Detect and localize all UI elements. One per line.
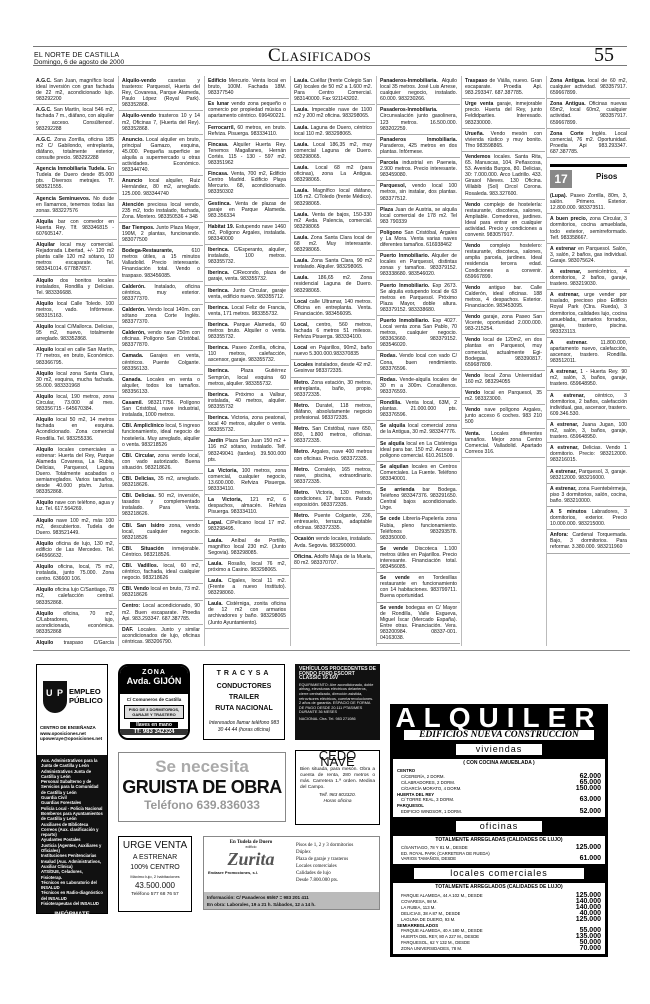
- ad-lead: Zona Antigua.: [550, 101, 586, 107]
- section-divider: [33, 650, 630, 651]
- ad-lead: Pasaderos-Inmobiliaria.: [380, 107, 437, 113]
- urge-title: URGE VENTA: [119, 840, 191, 851]
- ad-lead: Jardín: [208, 438, 223, 444]
- ad-lead: A estrenar,: [550, 393, 585, 399]
- price-row: VARIOS TAMAÑOS, DESDE61.000: [397, 856, 601, 862]
- alquiler-panel-locales: TOTALMENTE ARREGLADOS (CALIDADES DE LUJO…: [393, 883, 605, 954]
- ad-lead: Local: [294, 345, 307, 351]
- classified-ad: Traspaso de Viálla, nuevo. Gran escapara…: [462, 76, 545, 99]
- classified-ad: Centro: Local acondicionado, 90 m2. Buen…: [119, 601, 203, 624]
- alquiler-panel-viviendas: ( CON COCINA AMUEBLADA ) CENTROC/CERERÍA…: [393, 759, 605, 817]
- classified-ad: Urueña. Vendo mesón con vivienda rústico…: [462, 129, 545, 152]
- classified-ad: A estrenar, Delicias. Vendo 1 dormitorio…: [547, 443, 630, 466]
- classified-ad: Locales instalados, desde 42 m2. Gesinva…: [291, 360, 375, 377]
- cedo-hours: Horas oficina: [300, 799, 375, 805]
- classified-ad: Calderón. Instalado, oficina céntrica, m…: [119, 282, 203, 305]
- empleo-email: upoweraye@oposiciones.net: [40, 736, 108, 742]
- ad-lead: A estrenar,: [550, 292, 580, 298]
- price-row: ZONA UNIVERSIDADES, 78 M.70.000: [397, 946, 601, 952]
- classified-ad: A.G.C. San Juan, magnífico local ideal i…: [33, 76, 117, 105]
- ad-lead: Zona Corte: [550, 131, 584, 137]
- ad-lead: (Lupa).: [550, 193, 567, 199]
- ad-text: Local alquiler en bruto, principal Gamaz…: [122, 137, 200, 173]
- classified-ad: Iberinca. C/Recondo, plaza de garaje, ve…: [205, 268, 289, 285]
- ad-lead: Laula.: [208, 578, 223, 584]
- tracysa-job: CONDUCTORES TRAILER RUTA NACIONAL: [204, 681, 284, 714]
- classified-ad: Iberinca. Junto Circular, garaje venta, …: [205, 286, 289, 303]
- ford-body: EQUIPAMIENTO: Aire acondicionado, doble …: [299, 683, 376, 715]
- column-6: Traspaso de Viálla, nuevo. Gran escapara…: [461, 76, 545, 646]
- ad-lead: Zona Antigua.: [550, 78, 585, 84]
- ad-lead: Alquilo: [36, 611, 53, 617]
- classified-ad: Urge venta garaje, inmejorable precio. H…: [462, 99, 545, 128]
- ad-lead: Iberinca.: [208, 392, 229, 398]
- ad-lead: Es lunar: [208, 101, 229, 107]
- ad-lead: Vendo: [465, 337, 480, 343]
- classified-ad: Laula. Local 186,35 m2, muy comercial La…: [291, 140, 375, 163]
- classified-ad: A estrenar, zona Fuentebérmeja, piso 3 d…: [547, 484, 630, 507]
- classified-ad: Laula. Aníbal de Portillo, magnífico loc…: [205, 536, 289, 559]
- ad-lead: A.G.C.: [36, 107, 52, 113]
- ad-alquiler: ALQUILER EDIFICIOS NUEVA CONSTRUCCIÓN vi…: [390, 704, 608, 957]
- alquiler-phone: ☎ 983 35 28 88: [390, 956, 608, 973]
- ad-lead: Camada.: [122, 353, 143, 359]
- ad-lead: Metro.: [294, 403, 309, 409]
- ad-lead: Puerto Inmobiliario.: [380, 318, 429, 324]
- list-item: Plaza de garaje y trasteros: [296, 856, 353, 863]
- classified-ad: Iberinca. Plaza Gutiérrez Semprún, local…: [205, 366, 289, 389]
- classified-ad: Puerto Inmobiliario. Exp 2673. Se alquil…: [377, 281, 460, 316]
- classified-ad: Vendo antiguo bar. Calle Calderón, ideal…: [462, 283, 545, 312]
- ad-lead: A estrenar,: [550, 422, 578, 428]
- ad-lead: Rodas.: [380, 353, 397, 359]
- classified-ad: Anfora: Cardenal Torquemada. Bajo, 3 dor…: [547, 530, 630, 553]
- empleo-course-list: Aux. Administrativos para la Junta de Ca…: [37, 755, 107, 909]
- classified-ad: Iberinca. Próximo a Vallsur, instalada, …: [205, 390, 289, 413]
- ad-lead: Vendo: [465, 314, 480, 320]
- classified-ad: Fincasa. Alquiler Huerta Rey. Tenemos Ma…: [205, 140, 289, 169]
- cedo-title: CEDO NAVE: [300, 753, 375, 765]
- ad-lead: Alquilar: [36, 242, 55, 248]
- list-item: Personal Subalterno y de Servicios para …: [41, 779, 103, 795]
- classified-ad: Alquilo dos bonitos locales instalados, …: [33, 276, 117, 299]
- empleo-title: EMPLEO PÚBLICO: [69, 687, 103, 705]
- classified-ad: A.G.C. San Martín, local 546 m2, fachada…: [33, 105, 117, 134]
- ad-lead: Plaza: [380, 207, 393, 213]
- classified-ad: Alquilo nave 100 m2, más 100 m2, descubi…: [33, 516, 117, 539]
- empleo-phone: 900 55 77 99: [37, 918, 107, 930]
- ad-lead: Alquilo: [36, 417, 53, 423]
- classified-ad: Puerto Inmobiliario. Alquiler de locales…: [377, 251, 460, 280]
- classified-ad: CBI. Ampliclínico local, 5 ingreso funci…: [119, 421, 203, 450]
- page-number: 55: [594, 44, 614, 67]
- tracysa-call: Interesados llamar teléfono 983 30 44 44…: [204, 720, 284, 733]
- oficinas-rows: C/SANTIAGO, 78 Y 81 M., DESDE125.000ED. …: [397, 845, 601, 862]
- gijon-avenue: Avda. GIJÓN: [120, 676, 188, 686]
- ad-lead: Laula.: [294, 142, 309, 148]
- ad-lead: A estrenar,: [550, 369, 578, 375]
- ad-lead: Laula.: [294, 78, 309, 84]
- ad-lead: Se alquilan: [380, 464, 409, 470]
- classified-ad: A 5 minutos Labradores, 3 dormitorios, e…: [547, 507, 630, 530]
- classified-ad: Panaderos-Inmobiliaria. Alquilo local 35…: [377, 76, 460, 105]
- classified-ad: Bodega-Restaurante, 610 metros útiles, a…: [119, 246, 203, 281]
- ad-lead: CBI. Vendo: [122, 586, 149, 592]
- ad-lead: Vendo: [465, 243, 480, 249]
- classified-ad: Parquesol, vendo local 100 metros, sin i…: [377, 181, 460, 204]
- column-2: Alquilo-vendo casetas y trasteros: Parqu…: [118, 76, 203, 646]
- classified-ad: Se vende Discoteca 1.100 metros útiles e…: [377, 544, 460, 573]
- classified-ad: Atención preciosa local vendo, 235 m2, t…: [119, 200, 203, 223]
- ad-text: locales comerciales a estrenar: Huerta d…: [36, 447, 114, 496]
- classified-ad: Zona Antigua. local de 60 m2, cualquier …: [547, 76, 630, 99]
- viviendas-header: ( CON COCINA AMUEBLADA ): [397, 761, 601, 766]
- classified-ad: Laula. Cistérniga, zonita oficina de 12 …: [205, 599, 289, 628]
- list-item: Instituciones Penitenciarias: [41, 853, 103, 858]
- classified-ad: Vendo complejo de hostelería: restaurant…: [462, 200, 545, 242]
- ad-lead: Iberinca.: [208, 415, 229, 421]
- ad-lead: Alquilo: [36, 564, 53, 570]
- classified-ad: Rodas. Vende-alquila locales de 30 m a 3…: [377, 375, 460, 398]
- price-row-label: ZONA UNIVERSIDADES, 78 M.: [397, 946, 462, 952]
- classified-ad: Casamil. 983217756. Polígono San Cristób…: [119, 398, 203, 421]
- classified-ad: Ferrocarril, 60 metros, en bruto. Refviz…: [205, 123, 289, 140]
- classified-ad: Alquilo local en calle San Martín, 77 me…: [33, 345, 117, 368]
- ad-lead: Calderón,: [122, 330, 146, 336]
- ad-lead: Laula.: [294, 125, 309, 131]
- price-row-value: 125.000: [576, 845, 601, 851]
- shield-icon: U P: [43, 681, 67, 713]
- classified-ad: Zona Antigua. Oficinas nuevas 65m2, loca…: [547, 99, 630, 128]
- ad-lead: Iberinca.: [208, 345, 229, 351]
- classified-ad: A.G.C. Zona Zorrilla, oficina 185 m2 C/ …: [33, 135, 117, 164]
- ad-lead: Vendo: [465, 202, 480, 208]
- ad-lead: Panaderos Inmobiliaria.: [380, 137, 457, 143]
- classified-ad: Metro. Argales, nave 400 metros con ofic…: [291, 447, 375, 464]
- classified-ad: Calderón, vendo nave 250m con oficinas. …: [119, 328, 203, 351]
- ad-lead: Alquilo: [36, 394, 53, 400]
- price-row-value: 63.000: [580, 797, 601, 803]
- classified-ad: Fincasa. Venta, 700 m2, Edificio Centro …: [205, 169, 289, 198]
- cedo-body: Bien situada, para mesón. Obra a cuenta …: [300, 767, 375, 791]
- classified-ad: Alquilo traspaso C/García Morato. 983290…: [33, 638, 117, 646]
- classified-ad: CBI. Delicias. 50 m2, inversión, tasados…: [119, 491, 203, 520]
- section-label: Pisos: [596, 174, 617, 180]
- classified-ad: Agencia Inmobiliaria Tudela. En Tudela d…: [33, 164, 117, 193]
- column-1: A.G.C. San Juan, magnífico local ideal i…: [33, 76, 117, 646]
- classified-ad: Edificio Mercurio. Venta local en bruto,…: [205, 76, 289, 99]
- ad-lead: Fincasa.: [208, 171, 228, 177]
- ad-lead: Se alquila: [380, 423, 405, 429]
- classified-ad: Se arrienda bar Bodega. Teléfono 9833473…: [377, 485, 460, 514]
- zurita-logo: Zurita: [208, 849, 294, 870]
- ad-lead: DAF.: [122, 627, 133, 633]
- ad-lead: La Victoria,: [208, 468, 238, 474]
- price-row-value: 61.000: [580, 856, 601, 862]
- ad-lead: Edificio: [208, 78, 226, 84]
- ad-text: complejo de hostelería: restaurante, dis…: [465, 202, 542, 238]
- classified-ad: Alquilo local Calle Toledo. 100 metros, …: [33, 299, 117, 322]
- ad-lead: Iberinca.: [208, 270, 229, 276]
- column-7: Zona Antigua. local de 60 m2, cualquier …: [546, 76, 630, 646]
- ad-lead: Laula.: [294, 258, 309, 264]
- list-item: ATS/DUE, Celadores, Fisioterap.: [41, 869, 103, 880]
- ad-lead: Gestinca.: [208, 201, 231, 207]
- ad-lead: Alquilo-vendo: [122, 113, 156, 119]
- ad-lead: Fincasa.: [208, 142, 228, 148]
- ad-lead: Parcela: [380, 160, 398, 166]
- gijon-flat: PISO DE 3 DORMITORIOS, GARAJE Y TRASTERO: [124, 705, 184, 719]
- classified-ad: Iberinca. Parque Alameda, 60 metros brut…: [205, 320, 289, 343]
- ad-lead: Bar Tiempos.: [122, 225, 154, 231]
- list-item: Desde 7.800.000 pts.: [296, 877, 353, 884]
- classified-ad: A buen precio, zona Circular, 3 dormitor…: [547, 214, 630, 243]
- ad-lead: Atención: [122, 202, 144, 208]
- urge-line-2: 100% CENTRO: [119, 864, 191, 871]
- list-item: Aux. Administrativos para la Junta de Ca…: [41, 758, 103, 769]
- ad-lead: Alquilo: [36, 541, 53, 547]
- gijon-keys: llaves en mano: [130, 722, 178, 728]
- classified-ad: Laula. Cuéllar (frente Colegio San Gil) …: [291, 76, 375, 105]
- classified-ad: CBI. Vadillos. local, 60 m2, céntrico, f…: [119, 561, 203, 584]
- ad-text: Circunvalación junto gasolinera, 123 met…: [380, 113, 457, 131]
- gijon-phone: Tf: 983 342324: [120, 729, 188, 735]
- shield-letter-p: P: [57, 688, 63, 698]
- alquiler-tab-locales: locales comerciales: [414, 868, 584, 879]
- classified-ad: Se vende bodegas en C/ Mayor de Rondilla…: [377, 603, 460, 645]
- classified-ad: Local, centro, 560 metros, fachada 6 met…: [291, 320, 375, 343]
- classified-ad: Alquila bar con comedor en Huerta Rey. T…: [33, 217, 117, 240]
- classified-ad: Habitat 19. Estupendo nave 1460 m2, Polí…: [205, 222, 289, 245]
- gruista-need: Se necesita: [119, 757, 285, 777]
- ad-lead: A estrenar,: [550, 445, 579, 451]
- ad-lead: Alquilo: [36, 278, 53, 284]
- classified-ad: Metro. Zona estación, 30 metros, entrepl…: [291, 378, 375, 401]
- ad-lead: A.G.C.: [36, 137, 52, 143]
- col7-ads-bottom: (Lupa). Paseo Zorrilla, 80m, 3, salón. P…: [547, 191, 630, 554]
- classified-ad: Metro. Corralejo, 165 metros, nave, pisc…: [291, 465, 375, 488]
- ad-lead: Local,: [294, 322, 309, 328]
- ad-lead: Puerto Inmobiliario.: [380, 283, 429, 289]
- classified-ad: Rondilla. Venta local, 63M, 2 plantas. 2…: [377, 398, 460, 421]
- ad-lead: Alquila: [36, 219, 53, 225]
- classified-ad: Pasaderos-Inmobiliaria. Circunvalación j…: [377, 105, 460, 134]
- ad-lead: Se vende: [380, 605, 403, 611]
- ad-lead: Alquilo: [36, 447, 53, 453]
- issue-date: Domingo, 6 de agosto de 2000: [34, 59, 124, 66]
- classified-ad: CBI. San Isidro zona, vendo local, cualq…: [119, 521, 203, 544]
- classified-ad: Bar Tiempos. Junto Plaza Mayor, 190M, 2 …: [119, 223, 203, 246]
- classified-ad: Metro. Victoria, 130 metros, condiciones…: [291, 488, 375, 511]
- classified-ad: CBI. Delicias, 35 m2, arreglado. 9832186…: [119, 474, 203, 491]
- classified-ad: A estrenar, Parquesol, 3, garaje. 983212…: [547, 467, 630, 484]
- gijon-zona: ZONA: [120, 666, 188, 676]
- tracysa-name: TRACYSA: [204, 670, 284, 677]
- ad-lead: Local: [294, 299, 307, 305]
- column-4: Laula. Cuéllar (frente Colegio San Gil) …: [290, 76, 375, 646]
- classified-ad: Alquilo oficina, 70 m2, C/Labradores, lu…: [33, 609, 117, 638]
- classified-ad: Zona Corte Inglés. Local comercial, 76 m…: [547, 129, 630, 158]
- ad-lead: Laula.: [294, 188, 309, 194]
- ad-cedo-nave: CEDO NAVE Bien situada, para mesón. Obra…: [295, 750, 380, 825]
- oficinas-header: TOTALMENTE ARREGLADAS (CALIDADES DE LUJO…: [397, 838, 601, 843]
- classified-ad: Vendo complejo hostelero: restaurante, d…: [462, 241, 545, 283]
- classified-ad: Local calle Ultramar, 140 metros. Oficin…: [291, 297, 375, 320]
- ad-lead: Laula.: [294, 165, 309, 171]
- ad-lead: Iberinca.: [208, 368, 229, 374]
- classified-ad: Vendo garaje, zona Paseo San Vicente, op…: [462, 312, 545, 335]
- shield-letter-u: U: [46, 688, 53, 698]
- empleo-free-call: (Llamada Gratuita): [37, 930, 107, 935]
- classified-ad: (Lupa). Paseo Zorrilla, 80m, 3, salón. P…: [547, 191, 630, 214]
- classified-ad: DAF. Locales. Junto y similar acondicion…: [119, 625, 203, 646]
- classified-ad: CBI. Situación inmejorable. Céntrico. 98…: [119, 544, 203, 561]
- ad-lead: Laula.: [294, 275, 309, 281]
- viviendas-rows: CENTROC/CERERÍA, 2 DORM.62.000C/LABRADOR…: [397, 768, 601, 814]
- urge-line-3: Máximo lujo, 2 habitaciones: [119, 874, 191, 879]
- ad-text: Locales. Junto y similar acondicionados …: [122, 627, 200, 645]
- classified-ad: Canada. Locales en venta o alquiler, tod…: [119, 375, 203, 398]
- ad-lead: Vendo: [465, 407, 480, 413]
- price-row: EDIFICIO WINDSOR, 1 DORM.52.000: [397, 809, 601, 815]
- classified-ad: Laula. Zona Santa Clara, 90 m2 instalado…: [291, 256, 375, 273]
- alquiler-subtitle: EDIFICIOS NUEVA CONSTRUCCIÓN: [404, 730, 594, 740]
- locales-header: TOTALMENTE ARREGLADOS (CALIDADES DE LUJO…: [397, 885, 601, 890]
- ad-lead: Parquesol,: [380, 183, 406, 189]
- ad-text: Paraderos, 425 metros en dos plantas. In…: [380, 143, 457, 155]
- classified-ad: Alquilo oficina lujo C/Santiago, 78 m2, …: [33, 585, 117, 608]
- ad-lead: Laula.: [294, 235, 309, 241]
- empleo-contact: CENTRO DE ENSEÑANZA www.oposiciones.net …: [40, 725, 108, 742]
- classified-ad: Laula. Impecable nave de 1100 m2 y 200 m…: [291, 105, 375, 122]
- ad-lead: Iberinca.: [208, 247, 229, 253]
- column-5: Panaderos-Inmobiliaria. Alquilo local 35…: [376, 76, 460, 646]
- list-item: Administrativos Junta de Castilla y León: [41, 769, 103, 780]
- classified-ad: A estrenar, céntrico, 3 dormitorios, 2 b…: [547, 391, 630, 420]
- classified-ad: CBI. Circular, zona vendo local, con vad…: [119, 451, 203, 474]
- ford-head: VEHÍCULOS PROCEDENTES DE FONDO FORD ESCO…: [299, 667, 376, 681]
- classified-ad: Rodas. Vendo local con vado C/ Cona, bue…: [377, 351, 460, 374]
- classified-ad: La Victoria, 100 metros, zona comercial,…: [205, 466, 289, 495]
- classified-ad: Vendo local Zona Universidad 160 m2. 983…: [462, 371, 545, 388]
- ad-lead: Oficina.: [294, 554, 313, 560]
- list-item: Bomberos para Ayuntamientos de Castilla …: [41, 811, 103, 822]
- classified-ad: A estrenar, semicéntrico, 4 dormitorios,…: [547, 267, 630, 290]
- ad-lead: Calderón.: [122, 307, 146, 313]
- list-item: Insalud (Aux. Administrativos, Auxiliar …: [41, 859, 103, 870]
- ad-lead: A estrenar.: [550, 340, 588, 346]
- classified-ad: Laula. Laguna de Duero, céntrico local 1…: [291, 123, 375, 140]
- ad-tracysa: TRACYSA CONDUCTORES TRAILER RUTA NACIONA…: [203, 664, 285, 740]
- ad-ford: VEHÍCULOS PROCEDENTES DE FONDO FORD ESCO…: [295, 664, 380, 740]
- classified-ad: Laula. Rosalío, local 76 m2, próximo a C…: [205, 559, 289, 576]
- classified-ad: La Victoria, 121 m2, 6 despachos, almacé…: [205, 495, 289, 518]
- ad-lead: A estrenar,: [550, 269, 581, 275]
- column-3: Edificio Mercurio. Venta local en bruto,…: [204, 76, 289, 646]
- zurita-info-bar: Información: C/ Panaderos 65/67 = 983 20…: [204, 892, 379, 909]
- list-item: Técnicos en Radio-diagnóstico del INSALU…: [41, 890, 103, 901]
- classified-ad: Iberinca. Paseo Zorrilla, oficina, 110 m…: [205, 343, 289, 366]
- list-item: Calidades de lujo: [296, 870, 353, 877]
- ad-lead: Rodas.: [380, 377, 397, 383]
- classified-ad: Se cede Librería-Papelería zona Rubia, p…: [377, 514, 460, 543]
- ad-lead: A.G.C.: [36, 78, 52, 84]
- ad-lead: CBI. Delicias,: [122, 476, 155, 482]
- classified-ad: Anuncio. Local alquiler en bruto, princi…: [119, 135, 203, 177]
- ad-lead: Vendemos: [465, 154, 490, 160]
- ad-lead: Alquilo: [36, 324, 53, 330]
- ad-lead: Casamil.: [122, 400, 143, 406]
- ad-lead: Alquilo: [36, 518, 53, 524]
- classified-ad: Alquilar local muy comercial. Rejadorada…: [33, 240, 117, 275]
- classified-ad: Alquilo oficina, local, 75 m2, instalada…: [33, 562, 117, 585]
- ad-lead: A buen precio,: [550, 216, 587, 222]
- ad-lead: CBI. Circular,: [122, 453, 155, 459]
- classified-ad: Puerto Inmobiliario. Exp 4027. Local ven…: [377, 316, 460, 351]
- zurita-info-2: En obra: Laborales, 19 a 21 h. Sábados, …: [207, 901, 376, 908]
- classified-ad: Metro. Duratel, 118 metros, diáfano, abs…: [291, 401, 375, 424]
- classified-ad: Plaza Juan de Austria, se alquila local …: [377, 205, 460, 228]
- ad-lead: Metro.: [294, 380, 309, 386]
- classified-ad: Jardín Plaza San Juan 150 m2 + 116 m2 só…: [205, 436, 289, 465]
- alquiler-title: ALQUILER: [390, 704, 608, 730]
- tracysa-job-1: CONDUCTORES TRAILER: [204, 681, 284, 703]
- ad-lead: Iberinca.: [208, 305, 229, 311]
- ad-lead: Ferrocarril,: [208, 125, 235, 131]
- ad-gruista: Se necesita GRUISTA DE OBRA Teléfono 639…: [118, 752, 286, 822]
- col7-ads-top: Zona Antigua. local de 60 m2, cualquier …: [547, 76, 630, 158]
- zurita-brand: En Tudela de Duero edificio Zurita Endas…: [208, 840, 294, 875]
- classified-ad: Laula. 186,65 m2. Zona residencial Lagun…: [291, 273, 375, 296]
- price-row-value: 125.000: [576, 917, 601, 923]
- ad-lead: Agencia Seminuevos.: [36, 196, 90, 202]
- classified-ad: A estrenar, 1 - Huerta Rey. 90 m2, salón…: [547, 367, 630, 390]
- ad-lead: Venta.: [465, 431, 480, 437]
- ad-lead: Se vende: [380, 546, 408, 552]
- classified-ad: Parcela industrial en Paeneia, 2.900 met…: [377, 158, 460, 181]
- classified-ad: CBI. Vendo local en bruto, 73 m2. 983218…: [119, 584, 203, 601]
- locales-rows: PARQUE ALAMEDA, 44 A 102 M., DESDE125.00…: [397, 893, 601, 952]
- ad-lead: Habitat 19.: [208, 224, 234, 230]
- urge-phone: Teléfono 577 68 76 57: [119, 892, 191, 897]
- ad-lead: Se arrienda: [380, 487, 414, 493]
- ad-lead: CBI. Vadillos.: [122, 563, 158, 569]
- ad-text: locales. Santa Rita, 65. Manuscas, 104. …: [465, 154, 542, 197]
- section-title: Clasificados: [268, 45, 371, 67]
- ad-lead: Centro:: [122, 603, 140, 609]
- zurita-features: Pisos de 1, 2 y 3 dormitoriosDúplexPlaza…: [296, 842, 353, 884]
- classified-ad: Vendo nave polígono Argales, junto acces…: [462, 405, 545, 428]
- classified-ad: Camada. Garajes en venta, céntricos. Pue…: [119, 351, 203, 374]
- list-item: Justicia (Agentes, Auxiliares y Oficiale…: [41, 843, 103, 854]
- ad-lead: Metro.: [294, 449, 309, 455]
- list-item: Fisioterapeutas del INSALUD: [41, 901, 103, 906]
- empleo-header: U P EMPLEO PÚBLICO CENTRO DE ENSEÑANZA w…: [37, 665, 107, 755]
- ad-lead: Alquilo: [36, 347, 53, 353]
- price-row-value: 150.000: [576, 786, 601, 792]
- list-item: Técnicos en Laboratorio del INSALUD: [41, 880, 103, 891]
- urge-price: 43.500.000: [119, 881, 191, 890]
- tracysa-job-2: RUTA NACIONAL: [204, 703, 284, 714]
- ad-text: complejo hostelero: restaurante, discote…: [465, 243, 542, 279]
- classified-ad: Alquilo local 50 m2, 14 metros fachada e…: [33, 415, 117, 444]
- ad-lead: Metro.: [294, 513, 309, 519]
- ad-lead: Agencia Inmobiliaria Tudela.: [36, 166, 106, 172]
- classified-ad: Laula. Venta de bajos, 150-330 m2 Avda. …: [291, 210, 375, 233]
- alquiler-panel-oficinas: TOTALMENTE ARREGLADAS (CALIDADES DE LUJO…: [393, 836, 605, 865]
- ad-lead: Anuncio.: [122, 137, 144, 143]
- ad-lead: Urge venta: [465, 101, 493, 107]
